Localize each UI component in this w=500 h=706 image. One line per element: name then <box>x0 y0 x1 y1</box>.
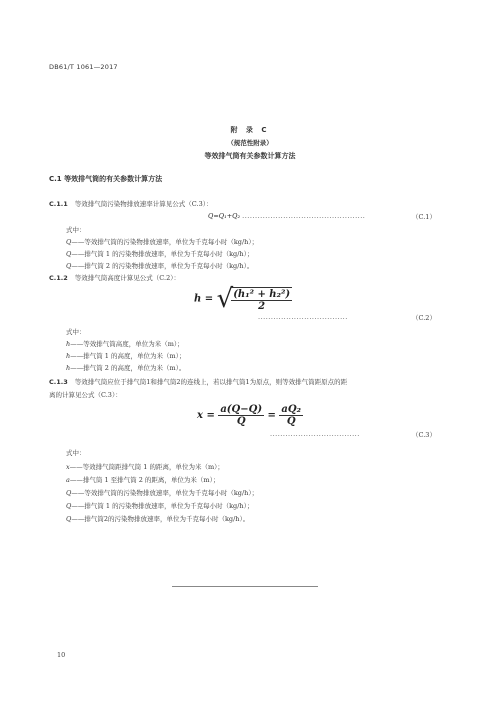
section-heading: C.1 等效排气筒的有关参数计算方法 <box>49 174 162 184</box>
leader-dots: ........................................… <box>242 212 365 220</box>
definition-item: Q——排气筒 1 的污染物排放速率，单位为千克每小时（kg/h）； <box>66 249 253 258</box>
equation-number: （C.1） <box>412 212 436 221</box>
where-label: 式中： <box>66 327 86 336</box>
definition-item: a——排气筒 1 至排气筒 2 的距离，单位为米（m）； <box>66 475 219 484</box>
formula: Q=Q₁+Q₂ <box>208 212 240 220</box>
clause-text: 等效排气筒高度计算见公式（C.2）： <box>75 274 180 282</box>
leader-dots: ................................... <box>270 430 360 438</box>
definition-item: Q——排气筒2的污染物排放速率，单位为千克每小时（kg/h）。 <box>66 514 249 523</box>
definition-item: Q——排气筒 2 的污染物排放速率，单位为千克每小时（kg/h）。 <box>66 261 253 270</box>
appendix-name: 等效排气筒有关参数计算方法 <box>0 151 500 161</box>
definition-item: h——排气筒 2 的高度，单位为米（m）。 <box>66 363 185 372</box>
standard-code: DB61/T 1061—2017 <box>49 63 118 71</box>
definition-item: h——等效排气筒高度，单位为米（m）； <box>66 339 184 348</box>
page-number: 10 <box>57 651 65 659</box>
clause-c-1-2: C.1.2等效排气筒高度计算见公式（C.2）： <box>49 273 180 282</box>
clause-c-1-3: C.1.3等效排气筒应位于排气筒1和排气筒2的连线上，若以排气筒1为原点，则等效… <box>49 377 347 386</box>
clause-number: C.1.2 <box>49 274 68 282</box>
definition-item: x——等效排气筒距排气筒 1 的距离，单位为米（m）； <box>66 462 224 471</box>
definition-item: Q——排气筒 1 的污染物排放速率，单位为千克每小时（kg/h）； <box>66 501 253 510</box>
clause-number: C.1.3 <box>49 378 68 386</box>
formula-c-2: h = √ (h₁² + h₂²) 2 <box>194 286 292 312</box>
equation-number: （C.2） <box>412 313 436 322</box>
clause-text: 等效排气筒应位于排气筒1和排气筒2的连线上，若以排气筒1为原点，则等效排气筒距原… <box>75 378 347 386</box>
appendix-type: （规范性附录） <box>0 138 500 147</box>
formula-c-3: x = a(Q−Q)Q = aQ₂Q <box>197 404 303 427</box>
appendix-title: 附 录 C <box>0 125 500 135</box>
definition-item: h——排气筒 1 的高度，单位为米（m）； <box>66 351 185 360</box>
where-label: 式中： <box>66 225 86 234</box>
where-label: 式中： <box>66 448 86 457</box>
equation-number: （C.3） <box>412 430 436 439</box>
formula-c-1: Q=Q₁+Q₂ ................................… <box>208 212 365 220</box>
clause-text-continued: 离的计算见公式（C.3）： <box>49 390 122 399</box>
definition-item: Q——等效排气筒的污染物排放速率，单位为千克每小时（kg/h）； <box>66 237 258 246</box>
definition-item: Q——等效排气筒的污染物排放速率，单位为千克每小时（kg/h）； <box>66 488 258 497</box>
clause-number: C.1.1 <box>49 200 68 208</box>
clause-c-1-1: C.1.1等效排气筒污染物排放速率计算见公式（C.3）： <box>49 199 212 208</box>
clause-text: 等效排气筒污染物排放速率计算见公式（C.3）： <box>75 200 213 208</box>
leader-dots: ................................... <box>258 313 348 321</box>
end-rule <box>172 586 318 587</box>
